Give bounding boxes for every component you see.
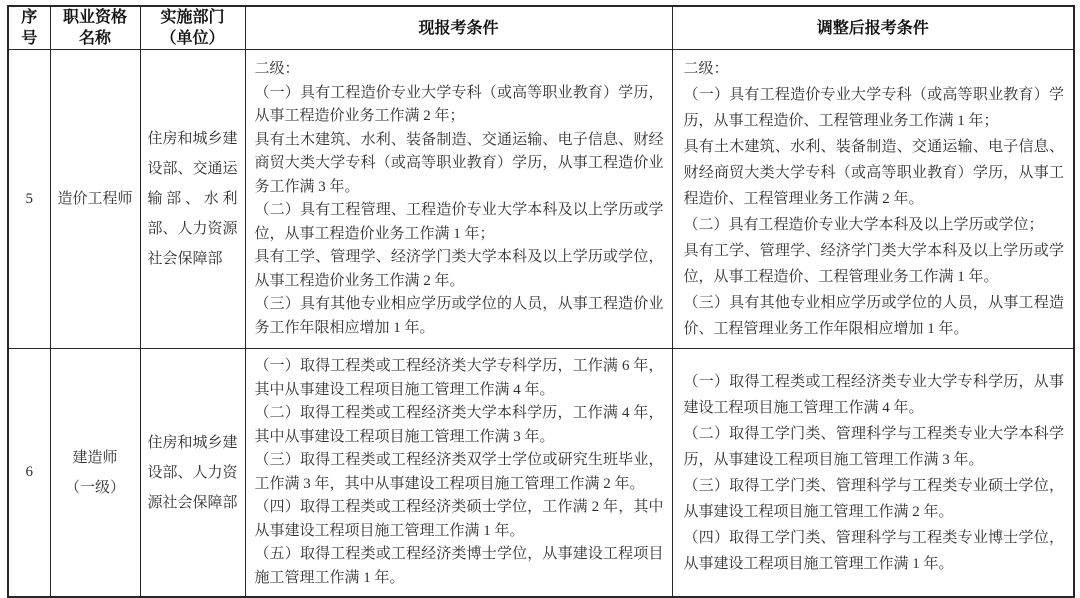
condition-paragraph: 具有工学、管理学、经济学门类大学本科及以上学历或学位，从事工程造价业务工作满 2… — [255, 246, 664, 293]
current-conditions-cell: （一）取得工程类或工程经济类大学专科学历，工作满 6 年，其中从事建设工程项目施… — [245, 349, 672, 598]
qualification-name: 建造师 （一级） — [50, 349, 140, 598]
condition-paragraph: （二）具有工程造价专业大学本科及以上学历或学位； — [684, 212, 1065, 238]
condition-paragraph: （五）取得工程类或工程经济类博士学位，从事建设工程项目施工管理工作满 1 年。 — [255, 543, 664, 590]
condition-paragraph: 二级： — [255, 58, 664, 82]
condition-paragraph: （三）取得工程类或工程经济类双学士学位或研究生班毕业，工作满 3 年，其中从事建… — [255, 449, 664, 496]
implementing-department: 住房和城乡建设部、交通运输部、水利部、人力资源社会保障部 — [140, 50, 245, 349]
condition-paragraph: （三）具有其他专业相应学历或学位的人员，从事工程造价业务工作年限相应增加 1 年… — [255, 293, 664, 340]
implementing-department: 住房和城乡建设部、人力资源社会保障部 — [140, 349, 245, 598]
condition-paragraph: （二）具有工程管理、工程造价专业大学本科及以上学历或学位，从事工程造价业务工作满… — [255, 199, 664, 246]
current-conditions-cell: 二级： （一）具有工程造价专业大学专科（或高等职业教育）学历，从事工程造价业务工… — [245, 50, 672, 349]
condition-paragraph: （三）取得工学门类、管理科学与工程类专业硕士学位，从事建设工程项目施工管理工作满… — [684, 473, 1065, 525]
table-row-6: 6 建造师 （一级） 住房和城乡建设部、人力资源社会保障部 （一）取得工程类或工… — [8, 349, 1074, 598]
condition-paragraph: 二级： — [684, 56, 1065, 82]
table-row-5: 5 造价工程师 住房和城乡建设部、交通运输部、水利部、人力资源社会保障部 二级：… — [8, 50, 1074, 349]
condition-paragraph: （二）取得工学门类、管理科学与工程类专业大学本科学历，从事建设工程项目施工管理工… — [684, 421, 1065, 473]
qualification-conditions-table: 序 号 职业资格 名称 实施部门 （单位） 现报考条件 调整后报考条件 5 造价… — [7, 5, 1075, 598]
condition-paragraph: （一）取得工程类或工程经济类大学专科学历，工作满 6 年，其中从事建设工程项目施… — [255, 355, 664, 402]
condition-paragraph: （一）具有工程造价专业大学专科（或高等职业教育）学历，从事工程造价、工程管理业务… — [684, 82, 1065, 134]
table-header-row: 序 号 职业资格 名称 实施部门 （单位） 现报考条件 调整后报考条件 — [8, 6, 1074, 50]
condition-paragraph: （一）取得工程类或工程经济类专业大学专科学历，从事建设工程项目施工管理工作满 4… — [684, 369, 1065, 421]
header-qualification-name: 职业资格 名称 — [50, 6, 140, 50]
header-adjusted-conditions: 调整后报考条件 — [672, 6, 1074, 50]
adjusted-conditions-cell: 二级： （一）具有工程造价专业大学专科（或高等职业教育）学历，从事工程造价、工程… — [672, 50, 1074, 349]
serial-number: 5 — [8, 50, 50, 349]
condition-paragraph: （四）取得工程类或工程经济类硕士学位，工作满 2 年，其中从事建设工程项目施工管… — [255, 496, 664, 543]
header-current-conditions: 现报考条件 — [245, 6, 672, 50]
condition-paragraph: （三）具有其他专业相应学历或学位的人员，从事工程造价、工程管理业务工作年限相应增… — [684, 290, 1065, 342]
serial-number: 6 — [8, 349, 50, 598]
header-implementing-department: 实施部门 （单位） — [140, 6, 245, 50]
qualification-name: 造价工程师 — [50, 50, 140, 349]
header-serial-number: 序 号 — [8, 6, 50, 50]
condition-paragraph: （二）取得工程类或工程经济类大学本科学历，工作满 4 年，其中从事建设工程项目施… — [255, 402, 664, 449]
condition-paragraph: （四）取得工学门类、管理科学与工程类专业博士学位，从事建设工程项目施工管理工作满… — [684, 525, 1065, 577]
document-page: 序 号 职业资格 名称 实施部门 （单位） 现报考条件 调整后报考条件 5 造价… — [0, 0, 1080, 588]
condition-paragraph: 具有土木建筑、水利、装备制造、交通运输、电子信息、财经商贸大类大学专科（或高等职… — [684, 134, 1065, 212]
adjusted-conditions-cell: （一）取得工程类或工程经济类专业大学专科学历，从事建设工程项目施工管理工作满 4… — [672, 349, 1074, 598]
condition-paragraph: （一）具有工程造价专业大学专科（或高等职业教育）学历，从事工程造价业务工作满 2… — [255, 82, 664, 129]
condition-paragraph: 具有土木建筑、水利、装备制造、交通运输、电子信息、财经商贸大类大学专科（或高等职… — [255, 129, 664, 200]
condition-paragraph: 具有工学、管理学、经济学门类大学本科及以上学历或学位，从事工程造价、工程管理业务… — [684, 238, 1065, 290]
